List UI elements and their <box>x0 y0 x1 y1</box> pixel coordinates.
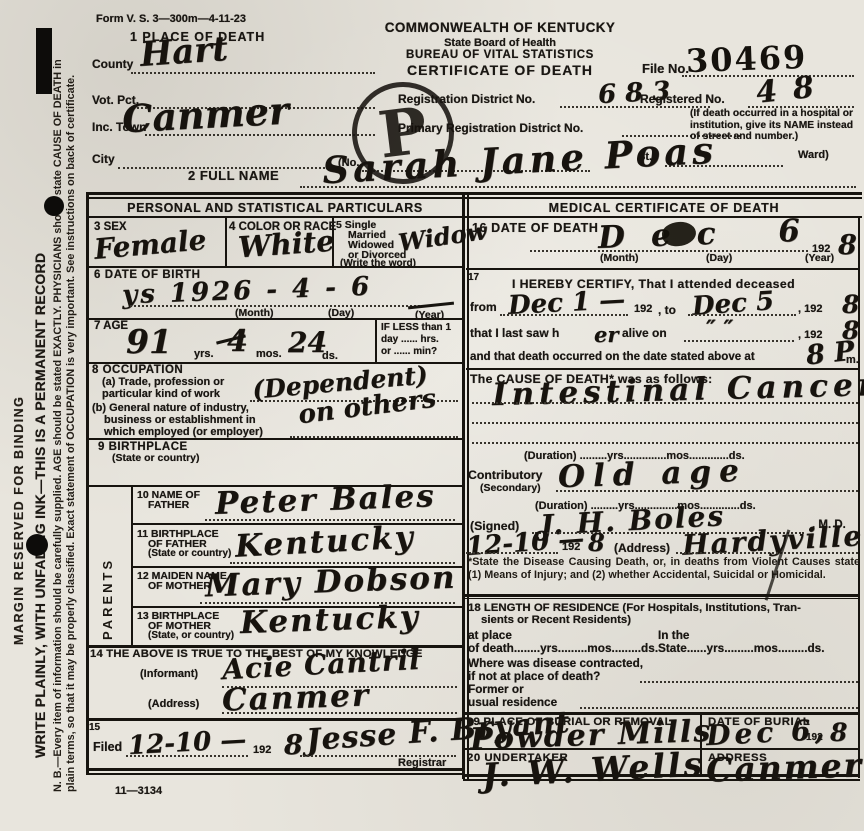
full-name-label: 2 FULL NAME <box>188 168 279 183</box>
dob-year-label: (Year) <box>415 309 444 321</box>
father-name-label-2: FATHER <box>148 499 189 511</box>
race-handwriting: White <box>237 224 336 265</box>
dob-month-label: (Month) <box>235 307 273 319</box>
form-number: Form V. S. 3—300m—4-11-23 <box>96 13 246 25</box>
age-label: 7 AGE <box>94 320 128 332</box>
father-bp-label-3: (State or country) <box>148 548 231 559</box>
ifless-line-3: or ...... min? <box>381 346 437 357</box>
residence-usual: usual residence <box>468 695 557 709</box>
undertaker-address-handwriting: Canmer <box>705 745 863 789</box>
certify-year1-print: 192 <box>634 303 652 315</box>
margin-binding-note: MARGIN RESERVED FOR BINDING <box>12 145 26 645</box>
occupation-a-line2: particular kind of work <box>102 388 220 400</box>
mother-bp-handwriting: Kentucky <box>239 599 420 641</box>
bottom-rule-left-2 <box>86 773 464 775</box>
physician-address-line <box>676 550 858 554</box>
certify-to-label: , to <box>658 303 676 317</box>
personal-section-title: PERSONAL AND STATISTICAL PARTICULARS <box>88 201 462 215</box>
certify-saw-label-2: alive on <box>622 326 667 340</box>
cause-line-1 <box>472 400 858 404</box>
filed-label: Filed <box>93 740 122 754</box>
residence-at-place: at place <box>468 628 512 642</box>
ifless-line-2: day ...... hrs. <box>381 334 439 345</box>
certify-saw-line <box>684 338 794 342</box>
mother-name-label-2: OF MOTHER <box>148 580 211 592</box>
commonwealth-title: COMMONWEALTH OF KENTUCKY <box>352 20 648 35</box>
occupation-b-line <box>290 434 458 438</box>
filed-number: 15 <box>89 722 100 733</box>
birthplace-note: (State or country) <box>112 452 200 464</box>
bureau-subtitle: BUREAU OF VITAL STATISTICS <box>352 49 648 61</box>
board-subtitle: State Board of Health <box>352 37 648 49</box>
city-label: City <box>92 152 115 166</box>
occupation-a-line1: (a) Trade, profession or <box>102 376 224 388</box>
occupation-b-line3: which employed (or employer) <box>104 426 263 438</box>
parents-label: PARENTS <box>100 520 115 640</box>
father-name-line <box>205 517 455 521</box>
dob-day-label: (Day) <box>328 307 354 319</box>
father-name-handwriting: Peter Bales <box>214 478 436 522</box>
signed-year-handwriting: 8 <box>588 528 605 557</box>
age-mos-label: mos. <box>256 348 282 360</box>
row-line <box>463 594 860 597</box>
certify-occurred-label: and that death occurred on the date stat… <box>470 350 755 363</box>
row-line-2 <box>463 598 860 599</box>
death-certificate-scan: MARGIN RESERVED FOR BINDING WRITE PLAINL… <box>0 0 864 831</box>
certify-saw-label-1: that I last saw h <box>470 326 559 340</box>
residence-of-death: of death........yrs.........mos.........… <box>468 641 658 655</box>
filed-year-print: 192 <box>253 744 271 756</box>
header-rule <box>88 192 862 195</box>
age-yrs-label: yrs. <box>194 348 214 360</box>
burial-year-handwriting: 8 <box>830 718 847 747</box>
left-edge-rule <box>86 192 89 774</box>
father-bp-handwriting: Kentucky <box>234 519 415 564</box>
binding-black-bar <box>36 28 52 94</box>
cause-line-2 <box>472 420 858 424</box>
dod-day-label: (Day) <box>706 252 732 264</box>
certify-from-line <box>500 312 628 316</box>
dod-label: 16 DATE OF DEATH <box>472 221 599 235</box>
cell-line <box>375 318 377 362</box>
informant-label: (Informant) <box>140 668 198 680</box>
residence-former: Former or <box>468 682 524 696</box>
marital-label-5: (Write the word) <box>340 258 416 269</box>
header-rule-2 <box>88 197 862 199</box>
dod-year-label: (Year) <box>805 252 834 264</box>
cause-line-3 <box>472 440 858 444</box>
physician-address-label: (Address) <box>614 541 670 555</box>
certify-to-line <box>688 312 796 316</box>
ink-blot <box>44 196 64 216</box>
mother-bp-label-3: (State, or country) <box>148 630 234 641</box>
residence-ifnot: if not at place of death? <box>468 669 600 683</box>
residence-state: State......yrs.........mos.........ds. <box>658 641 825 655</box>
age-months-handwriting: 4 <box>227 324 248 359</box>
residence-label-2: sients or Recent Residents) <box>481 614 631 626</box>
filed-date-line <box>126 753 248 757</box>
age-ds-label: ds. <box>322 350 338 362</box>
residence-ifnot-line <box>640 679 858 683</box>
certify-ditto-handwriting: ″ ″ <box>706 316 733 342</box>
row-line <box>466 268 860 270</box>
certify-number: 17 <box>468 272 479 283</box>
p-stamp-letter: P <box>375 93 432 173</box>
residence-where: Where was disease contracted, <box>468 656 643 670</box>
bottom-rule-right-2 <box>463 779 860 781</box>
mother-name-handwriting: Mary Dobson <box>204 560 457 605</box>
secondary-label: (Secondary) <box>480 482 541 494</box>
occupation-b-line1: (b) General nature of industry, <box>92 402 249 414</box>
dob-line <box>130 303 420 307</box>
dod-line <box>530 248 808 252</box>
occupation-b-line2: business or establishment in <box>104 414 256 426</box>
residence-label-1: 18 LENGTH OF RESIDENCE (For Hospitals, I… <box>468 602 801 614</box>
residence-in-the: In the <box>658 628 689 642</box>
age-years-handwriting: 91 <box>126 322 172 361</box>
dod-year-handwriting: 8 <box>838 230 857 261</box>
certify-m-label: m. <box>846 354 859 366</box>
cell-line <box>131 485 133 645</box>
informant-address-label: (Address) <box>148 698 199 710</box>
ifless-line-1: IF LESS than 1 <box>381 322 451 333</box>
signed-year-print: 192 <box>562 541 580 553</box>
residence-usual-line <box>580 705 858 709</box>
burial-year-print: 192 <box>806 732 823 743</box>
plate-number: 11—3134 <box>115 785 162 797</box>
bottom-rule-left <box>86 768 464 771</box>
occupation-label: 8 OCCUPATION <box>92 364 183 376</box>
row-line <box>86 318 464 320</box>
certify-saw-handwriting: er <box>594 322 618 347</box>
cause-footnote: *State the Disease Causing Death, or, in… <box>468 556 860 581</box>
inc-town-handwriting: Canmer <box>121 88 290 142</box>
certify-year2-handwriting: 8 <box>842 290 859 319</box>
county-label: County <box>92 57 133 71</box>
contributory-line <box>556 488 858 492</box>
dod-month-label: (Month) <box>600 252 638 264</box>
row-line <box>86 438 464 440</box>
certify-from-label: from <box>470 300 497 314</box>
cell-line <box>225 218 227 266</box>
contributory-label: Contributory <box>468 468 542 482</box>
signed-date-line <box>466 550 558 554</box>
registered-no-label: Registered No. <box>640 92 725 106</box>
certificate-title: CERTIFICATE OF DEATH <box>352 62 648 78</box>
certify-year2-print: , 192 <box>798 303 822 315</box>
county-handwriting: Hart <box>139 29 229 75</box>
ward-label: Ward) <box>798 149 829 161</box>
ink-blot <box>26 534 48 556</box>
bottom-rule-right <box>463 774 860 777</box>
informant-address-line <box>222 710 457 714</box>
